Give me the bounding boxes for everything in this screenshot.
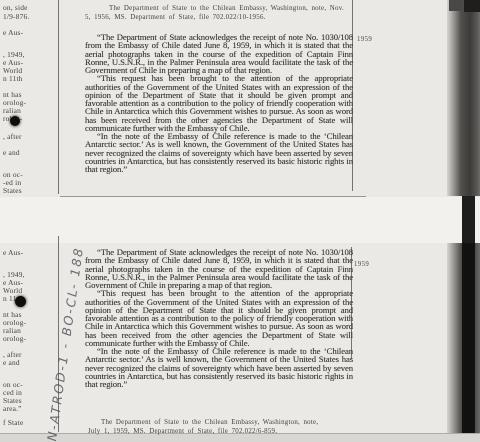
scan-corner-mark bbox=[464, 0, 480, 12]
scan-corner-mark bbox=[449, 0, 462, 11]
paragraph: “The Department of State acknowledges th… bbox=[85, 33, 353, 74]
cutoff-text-fragment: e and bbox=[3, 358, 53, 367]
citation-line: The Department of State to the Chilean E… bbox=[85, 5, 377, 14]
exposure-divider-line bbox=[60, 196, 366, 197]
quoted-note-text: “The Department of State acknowledges th… bbox=[85, 248, 353, 388]
punch-hole bbox=[10, 116, 20, 126]
paragraph: “In the note of the Embassy of Chile ref… bbox=[85, 132, 353, 173]
cutoff-text-fragment: e and bbox=[3, 148, 53, 157]
column-rule bbox=[58, 0, 59, 194]
margin-year-label: 1959 bbox=[357, 36, 372, 43]
cutoff-text-fragment: on, side bbox=[3, 3, 53, 12]
cutoff-text-fragment: e Aus- bbox=[3, 248, 53, 257]
scan-black-strip bbox=[462, 196, 475, 434]
scan-gutter-shadow-top bbox=[447, 0, 480, 196]
source-citation-header: The Department of State to the Chilean E… bbox=[85, 5, 377, 22]
paragraph: “In the note of the Embassy of Chile ref… bbox=[85, 347, 353, 388]
cutoff-text-fragment: , after bbox=[3, 132, 53, 141]
cutoff-text-fragment: n 11th bbox=[3, 74, 53, 83]
scanned-document-page: The Department of State to the Chilean E… bbox=[0, 0, 480, 442]
cutoff-text-fragment: area.” bbox=[3, 404, 53, 413]
paragraph: “The Department of State acknowledges th… bbox=[85, 248, 353, 289]
margin-year-label: 1959 bbox=[354, 261, 369, 268]
paragraph: “This request has been brought to the at… bbox=[85, 74, 353, 132]
paragraph: “This request has been brought to the at… bbox=[85, 289, 353, 347]
citation-line: 5, 1956, MS. Department of State, file 7… bbox=[85, 14, 377, 23]
punch-hole bbox=[15, 296, 26, 307]
cutoff-text-fragment: e Aus- bbox=[3, 28, 53, 37]
cutoff-text-fragment: n 11th bbox=[3, 294, 53, 303]
cutoff-text-fragment: States bbox=[3, 186, 53, 195]
cutoff-text-fragment: 1/9-876. bbox=[3, 12, 53, 21]
citation-line: The Department of State to the Chilean E… bbox=[88, 419, 350, 428]
citation-line: July 1, 1959, MS. Department of State, f… bbox=[88, 428, 350, 437]
cutoff-text-fragment: orolog- bbox=[3, 334, 53, 343]
quoted-note-text: “The Department of State acknowledges th… bbox=[85, 33, 353, 173]
source-citation-footer: The Department of State to the Chilean E… bbox=[88, 419, 350, 436]
